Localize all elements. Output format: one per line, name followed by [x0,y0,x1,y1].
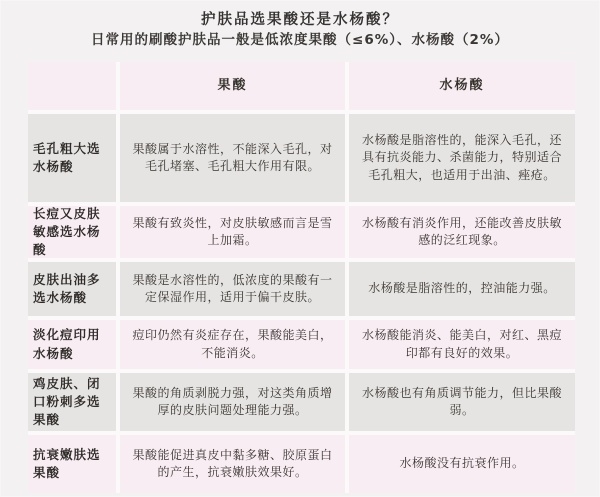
row-label: 长痘又皮肤敏感选水杨酸 [28,206,116,258]
shuiyangsuan-cell: 水杨酸没有抗衰作用。 [349,435,575,493]
infographic-page: 护肤品选果酸还是水杨酸？ 日常用的刷酸护肤品一般是低浓度果酸（≤6%）、水杨酸（… [0,0,600,497]
shuiyangsuan-cell: 水杨酸有消炎作用，还能改善皮肤敏感的泛红现象。 [349,206,575,258]
shuiyangsuan-cell: 水杨酸也有角质调节能力，但比果酸弱。 [349,373,575,431]
row-label: 鸡皮肤、闭口粉刺多选果酸 [28,373,116,431]
guosuan-cell: 果酸属于水溶性，不能深入毛孔，对毛孔堵塞、毛孔粗大作用有限。 [120,114,345,202]
row-label: 淡化痘印用水杨酸 [28,320,116,369]
page-title: 护肤品选果酸还是水杨酸？ [0,10,600,30]
shuiyangsuan-cell: 水杨酸是脂溶性的，能深入毛孔，还具有抗炎能力、杀菌能力，特别适合毛孔粗大，也适用… [349,114,575,202]
guosuan-cell: 果酸有致炎性，对皮肤敏感而言是雪上加霜。 [120,206,345,258]
guosuan-cell: 果酸是水溶性的，低浓度的果酸有一定保湿作用，适用于偏干皮肤。 [120,262,345,316]
column-header-shuiyangsuan: 水杨酸 [349,62,575,110]
corner-cell [28,62,116,110]
shuiyangsuan-cell: 水杨酸能消炎、能美白，对红、黑痘印都有良好的效果。 [349,320,575,369]
row-label: 抗衰嫩肤选果酸 [28,435,116,493]
page-subtitle: 日常用的刷酸护肤品一般是低浓度果酸（≤6%）、水杨酸（2%） [0,30,600,50]
comparison-table: 果酸 水杨酸 毛孔粗大选水杨酸 果酸属于水溶性，不能深入毛孔，对毛孔堵塞、毛孔粗… [28,62,575,493]
column-header-guosuan: 果酸 [120,62,345,110]
title-block: 护肤品选果酸还是水杨酸？ 日常用的刷酸护肤品一般是低浓度果酸（≤6%）、水杨酸（… [0,10,600,51]
row-label: 皮肤出油多选水杨酸 [28,262,116,316]
shuiyangsuan-cell: 水杨酸是脂溶性的，控油能力强。 [349,262,575,316]
guosuan-cell: 果酸能促进真皮中黏多糖、胶原蛋白的产生，抗衰嫩肤效果好。 [120,435,345,493]
guosuan-cell: 果酸的角质剥脱力强，对这类角质增厚的皮肤问题处理能力强。 [120,373,345,431]
guosuan-cell: 痘印仍然有炎症存在，果酸能美白，不能消炎。 [120,320,345,369]
row-label: 毛孔粗大选水杨酸 [28,114,116,202]
